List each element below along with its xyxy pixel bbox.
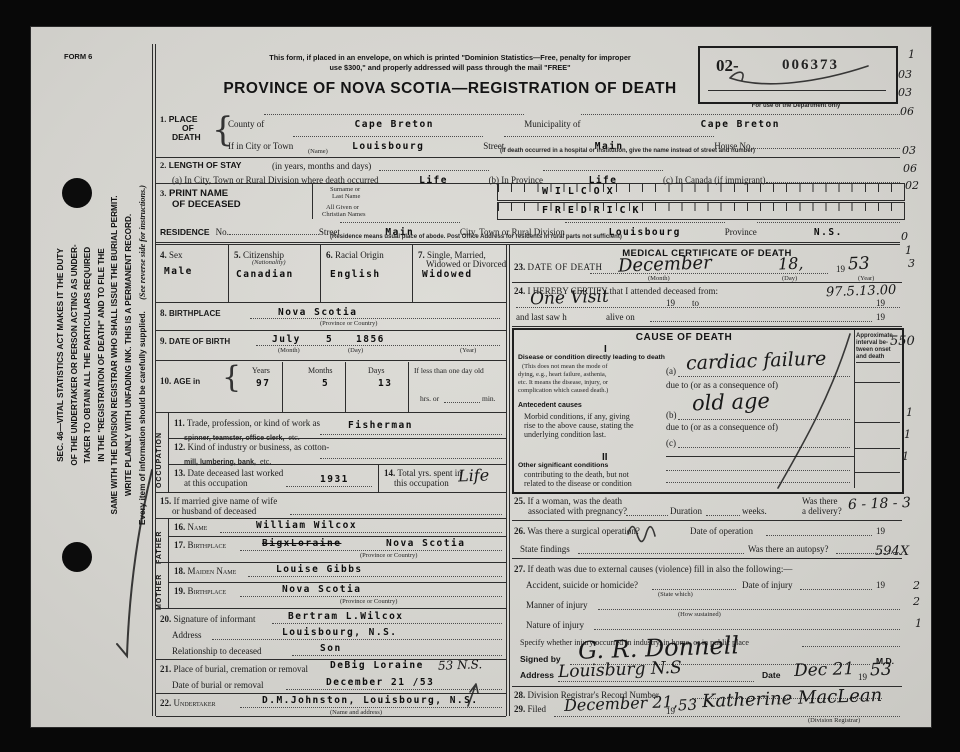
age-months-label: Months: [308, 366, 332, 375]
margin-note: 06: [903, 162, 917, 175]
yrs-in-occupation-value: Life: [458, 465, 490, 485]
delivery-label2: a delivery?: [802, 506, 842, 516]
ante-note3: underlying condition last.: [524, 430, 606, 439]
margin-note: 02: [905, 179, 919, 192]
informant-signature-value: Bertram L.Wilcox: [288, 611, 404, 622]
ante-note1: Morbid conditions, if any, giving: [524, 412, 630, 421]
lead-note3: etc. It means the disease, injury, or: [518, 379, 608, 386]
surname-label: Surname or: [330, 186, 360, 193]
mother-birthplace-sub: (Province or Country): [340, 598, 397, 605]
margin-note: 1: [908, 48, 915, 61]
s25-label1: If a woman, was the death: [528, 496, 622, 506]
s1-label-death: DEATH: [172, 132, 201, 142]
interval-header3: tween onset: [856, 347, 891, 353]
cause-b-value: old age: [692, 389, 771, 416]
ante-note2: rise to the above cause, stating the: [524, 421, 634, 430]
relationship-value: Son: [320, 643, 342, 654]
s1-number: 1.: [160, 114, 166, 124]
other-label: Other significant conditions: [518, 462, 608, 469]
given-name-value: FREDRICK: [498, 203, 904, 218]
margin-note: 1: [906, 406, 913, 419]
cause-b-dueto: due to (or as a consequence of): [666, 422, 778, 432]
s26-label: Was there a surgical operation?: [527, 526, 640, 536]
citizenship-value: Canadian: [236, 269, 294, 280]
s25-number: 25.: [514, 496, 525, 506]
scanned-death-registration: FORM 6 SEC. 46—VITAL STATISTICS ACT MAKE…: [0, 0, 960, 752]
age-notation-handwritten: 97.5.13.00: [826, 283, 897, 300]
interval-header1: Approximate: [856, 333, 893, 339]
sidebar-legal-notice: SEC. 46—VITAL STATISTICS ACT MAKES IT TH…: [54, 56, 152, 654]
occupation-value: Fisherman: [348, 420, 413, 431]
s27-y: 19: [876, 580, 885, 590]
city-value: Louisbourg: [352, 141, 424, 152]
death-year-value: 53: [848, 254, 870, 275]
birth-year-value: 1856: [356, 334, 385, 345]
age-months-value: 5: [322, 378, 329, 389]
age-min: min.: [482, 394, 496, 403]
s13-label1: Date deceased last worked: [188, 468, 284, 478]
s14-label2: this occupation: [394, 478, 449, 488]
margin-note: 06: [900, 105, 914, 118]
s7-label2: Widowed or Divorced: [426, 259, 506, 269]
racial-origin-value: English: [330, 269, 381, 280]
mother-maiden-name-value: Louise Gibbs: [276, 564, 363, 575]
s23-number: 23.: [514, 262, 525, 272]
last-worked-value: 1931: [320, 474, 349, 485]
antecedent-label: Antecedent causes: [518, 402, 582, 409]
interval-header2: interval be-: [856, 340, 888, 346]
father-birthplace-sub: (Province or Country): [360, 552, 417, 559]
age-days-value: 13: [378, 378, 392, 389]
s22-number: 22.: [160, 698, 171, 708]
weeks-label: weeks.: [742, 506, 767, 516]
margin-note: 1: [905, 244, 912, 257]
s29-number: 29.: [514, 704, 525, 714]
s3-label1: PRINT NAME: [169, 188, 228, 199]
cause-a-value: cardiac failure: [686, 348, 827, 375]
how-sustained-sub: (How sustained): [678, 611, 721, 618]
lead-note1: (This does not mean the mode of: [522, 363, 608, 370]
stay-city-value: Life: [419, 175, 448, 186]
s16-number: 16.: [174, 522, 185, 532]
margin-note: 03: [902, 144, 916, 157]
birthplace-sub: (Province or Country): [320, 320, 377, 327]
surname-label2: Last Name: [332, 193, 360, 200]
s22-label: Undertaker: [174, 698, 216, 708]
undertaker-sub: (Name and address): [330, 709, 382, 716]
birth-month-sub: (Month): [278, 347, 300, 354]
birthplace-value: Nova Scotia: [278, 307, 357, 318]
age-hours-label: If less than one day old: [414, 366, 484, 375]
nature-label: Nature of injury: [526, 620, 584, 630]
sidebar-line: IN THE "REGISTRATION OF DEATH" AND TO FI…: [95, 56, 109, 654]
duration-label: Duration: [670, 506, 702, 516]
margin-note: 2: [913, 595, 920, 608]
autopsy-label: Was there an autopsy?: [748, 544, 829, 554]
other-note1: contributing to the death, but not: [524, 470, 629, 479]
s26-number: 26.: [514, 526, 525, 536]
sig-year-prefix: 19: [858, 672, 867, 682]
death-year-prefix: 19: [836, 264, 845, 274]
s4-number: 4.: [160, 250, 167, 260]
page-title: PROVINCE OF NOVA SCOTIA—REGISTRATION OF …: [180, 80, 720, 98]
filed-year-prefix: 19: [666, 706, 675, 716]
s7-number: 7.: [418, 250, 425, 260]
department-number-box: 02- 006373: [698, 46, 898, 104]
county-label: County of: [228, 119, 264, 129]
s19-label: Birthplace: [188, 586, 227, 596]
s15-label1: If married give name of wife: [174, 496, 278, 506]
frame-line: [152, 44, 153, 716]
given-name-grid: FREDRICK: [497, 202, 905, 220]
s10-label: AGE in: [174, 377, 201, 386]
margin-note: 1: [904, 428, 911, 441]
s27-number: 27.: [514, 564, 525, 574]
margin-note: 594X: [875, 544, 909, 559]
lead-note4: complication which caused death.): [518, 387, 608, 394]
given-label2: Christian Names: [322, 211, 366, 218]
sig-date-value: Dec 21: [794, 659, 855, 681]
burial-place-typed: DeBig Loraine: [330, 660, 424, 671]
lead-label: Disease or condition directly leading to…: [518, 354, 665, 361]
last-saw-label: and last saw h: [516, 312, 567, 322]
s15-number: 15.: [160, 496, 171, 506]
sidebar-line: WRITE PLAINLY WITH UNFADING INK. THIS IS…: [122, 56, 136, 654]
filed-date-value: December 21,: [564, 692, 678, 715]
cause-a-label: (a): [666, 366, 676, 376]
s5-number: 5.: [234, 250, 241, 260]
signed-by-label: Signed by: [520, 654, 561, 664]
delivery-handwritten: 6 - 18 - 3: [848, 495, 911, 513]
residence-label: RESIDENCE: [160, 227, 210, 237]
residence-note: (Residence means usual place of abode. P…: [330, 234, 890, 240]
s15-label2: or husband of deceased: [172, 506, 256, 516]
margin-note: 0: [901, 230, 908, 243]
mail-notice-line1: This form, if placed in an envelope, on …: [210, 53, 690, 62]
s18-number: 18.: [174, 566, 185, 576]
s18-label: Maiden Name: [188, 566, 237, 576]
interval-header4: and death: [856, 354, 884, 360]
given-label: All Given or: [326, 204, 359, 211]
division-registrar-signature: Katherine MacLean: [702, 685, 883, 712]
undertaker-value: D.M.Johnston, Louisbourg, N.S.: [262, 695, 479, 706]
marital-status-value: Widowed: [422, 269, 473, 280]
surname-grid: WILCOX: [497, 183, 905, 201]
s10-number: 10.: [160, 376, 171, 386]
county-value: Cape Breton: [355, 119, 434, 130]
s17-label: Birthplace: [188, 540, 227, 550]
municipality-label: Municipality of: [524, 119, 580, 129]
hospital-note: (If death occurred in a hospital or inst…: [500, 148, 755, 154]
sidebar-line: Every item of information should be care…: [136, 56, 150, 654]
birth-day-value: 5: [326, 334, 333, 345]
age-hrs-or: hrs. or: [420, 394, 439, 403]
division-registrar-sub: (Division Registrar): [808, 717, 860, 724]
father-side-label: FATHER: [156, 522, 163, 564]
sidebar-reverse-note: (See reverse side for instructions.): [138, 185, 147, 300]
sidebar-line: SEC. 46—VITAL STATISTICS ACT MAKES IT TH…: [54, 56, 68, 654]
s13-number: 13.: [174, 468, 185, 478]
s24-number: 24.: [514, 286, 525, 296]
city-sub-label: (Name): [308, 148, 328, 155]
s17-number: 17.: [174, 540, 185, 550]
death-month-sub: (Month): [648, 275, 670, 282]
margin-note: 3: [908, 257, 915, 270]
relationship-label: Relationship to deceased: [172, 646, 261, 656]
age-years-value: 97: [256, 378, 270, 389]
birth-day-sub: (Day): [348, 347, 363, 354]
city-label: If in City or Town: [228, 141, 293, 151]
father-birthplace-value: Nova Scotia: [386, 538, 465, 549]
accident-label: Accident, suicide or homicide?: [526, 580, 638, 590]
registration-number-prefix: 02-: [716, 56, 739, 76]
informant-address-value: Louisbourg, N.S.: [282, 627, 398, 638]
department-box-caption: For use of the Department only: [698, 103, 894, 109]
s16-label: Name: [188, 522, 208, 532]
mother-birthplace-value: Nova Scotia: [282, 584, 361, 595]
cause-b-label: (b): [666, 410, 677, 420]
s25-label2: associated with pregnancy?: [528, 506, 627, 516]
s20-number: 20.: [160, 614, 171, 624]
state-which-sub: (State which): [658, 591, 693, 598]
s13-label2: at this occupation: [184, 478, 247, 488]
surname-value: WILCOX: [498, 184, 904, 199]
birth-year-sub: (Year): [460, 347, 476, 354]
father-birthplace-struck: BigxLoraine: [262, 538, 341, 549]
lead-note2: dying, e.g., heart failure, asthenia,: [518, 371, 606, 378]
burial-date-label: Date of burial or removal: [172, 680, 263, 690]
s4-label: Sex: [169, 250, 183, 260]
operation-date-label: Date of operation: [690, 526, 753, 536]
s6-label: Racial Origin: [335, 250, 384, 260]
sidebar-line: TAKER TO OBTAIN ALL THE PARTICULARS REQU…: [81, 56, 95, 654]
filed-year-value: 53: [678, 696, 698, 715]
findings-label: State findings: [520, 544, 570, 554]
informant-address-label: Address: [172, 630, 202, 640]
s24-y3: 19: [876, 312, 885, 322]
s5-label-sub: (Nationality): [252, 259, 286, 266]
alive-on-label: alive on: [606, 312, 635, 322]
mail-notice-line2: use $300," and properly addressed will p…: [210, 63, 690, 72]
s28-number: 28.: [514, 690, 525, 700]
cause-of-death-box: Approximate interval be- tween onset and…: [512, 328, 904, 494]
injury-date-label: Date of injury: [742, 580, 792, 590]
cause-c-label: (c): [666, 438, 676, 448]
other-note2: related to the disease or condition: [524, 479, 632, 488]
death-day-sub: (Day): [782, 275, 797, 282]
attended-from-value: One Visit: [530, 287, 609, 310]
s20-label: Signature of informant: [174, 614, 256, 624]
s21-number: 21.: [160, 664, 171, 674]
s2-number: 2.: [160, 160, 166, 170]
mother-side-label: MOTHER: [156, 566, 163, 610]
s23-label: DATE OF DEATH: [528, 262, 603, 272]
paper-sheet: FORM 6 SEC. 46—VITAL STATISTICS ACT MAKE…: [30, 26, 932, 728]
brace: {: [222, 360, 241, 395]
age-days-label: Days: [368, 366, 384, 375]
physician-address-label: Address: [520, 670, 554, 680]
s9-number: 9.: [160, 336, 167, 346]
margin-note: 1: [915, 617, 922, 630]
margin-note: 03: [898, 86, 912, 99]
sig-year-value: 53: [870, 660, 892, 681]
death-day-value: 18,: [778, 254, 804, 274]
s14-number: 14.: [384, 468, 395, 478]
s27-label: If death was due to external causes (vio…: [528, 564, 793, 574]
birth-month-value: July: [272, 334, 301, 345]
s26-y: 19: [876, 526, 885, 536]
s29-label: Filed: [528, 704, 547, 714]
s14-label1: Total yrs. spent in: [397, 468, 461, 478]
burial-date-value: December 21 /53: [326, 677, 434, 688]
margin-note: 2: [913, 579, 920, 592]
s19-number: 19.: [174, 586, 185, 596]
cause-of-death-title: CAUSE OF DEATH: [514, 332, 854, 343]
age-years-label: Years: [252, 366, 270, 375]
death-year-sub: (Year): [858, 275, 874, 282]
residence-no-label: No.: [216, 227, 229, 237]
s6-number: 6.: [326, 250, 333, 260]
s3-label2: OF DECEASED: [172, 199, 241, 210]
s3-number: 3.: [160, 188, 166, 198]
occupation-side-label: OCCUPATION: [156, 418, 163, 488]
field-county: County of Cape Breton Municipality of Ca…: [228, 114, 900, 129]
s2-label: LENGTH OF STAY: [169, 160, 242, 170]
s9-label: DATE OF BIRTH: [169, 337, 230, 346]
frame-line: [155, 44, 156, 716]
s21-label: Place of burial, cremation or removal: [174, 664, 308, 674]
municipality-value: Cape Breton: [701, 119, 780, 130]
margin-note: 03: [898, 68, 912, 81]
father-name-value: William Wilcox: [256, 520, 357, 531]
physician-address-value: Louisburg N.S: [558, 658, 682, 682]
sex-value: Male: [164, 266, 193, 277]
registration-number: 006373: [782, 57, 839, 74]
sig-date-label: Date: [762, 670, 780, 680]
sidebar-line: OF THE UNDERTAKER OR PERSON ACTING AS UN…: [68, 56, 82, 654]
sidebar-line: SAME WITH THE DIVISION REGISTRAR WHO SHA…: [108, 56, 122, 654]
burial-place-handwritten: 53 N.S.: [438, 657, 483, 673]
delivery-label1: Was there: [802, 496, 838, 506]
s8-number: 8.: [160, 308, 167, 318]
s8-label: BIRTHPLACE: [169, 309, 221, 318]
manner-label: Manner of injury: [526, 600, 587, 610]
sidebar-supplied-note: Every item of information should be care…: [138, 311, 147, 525]
